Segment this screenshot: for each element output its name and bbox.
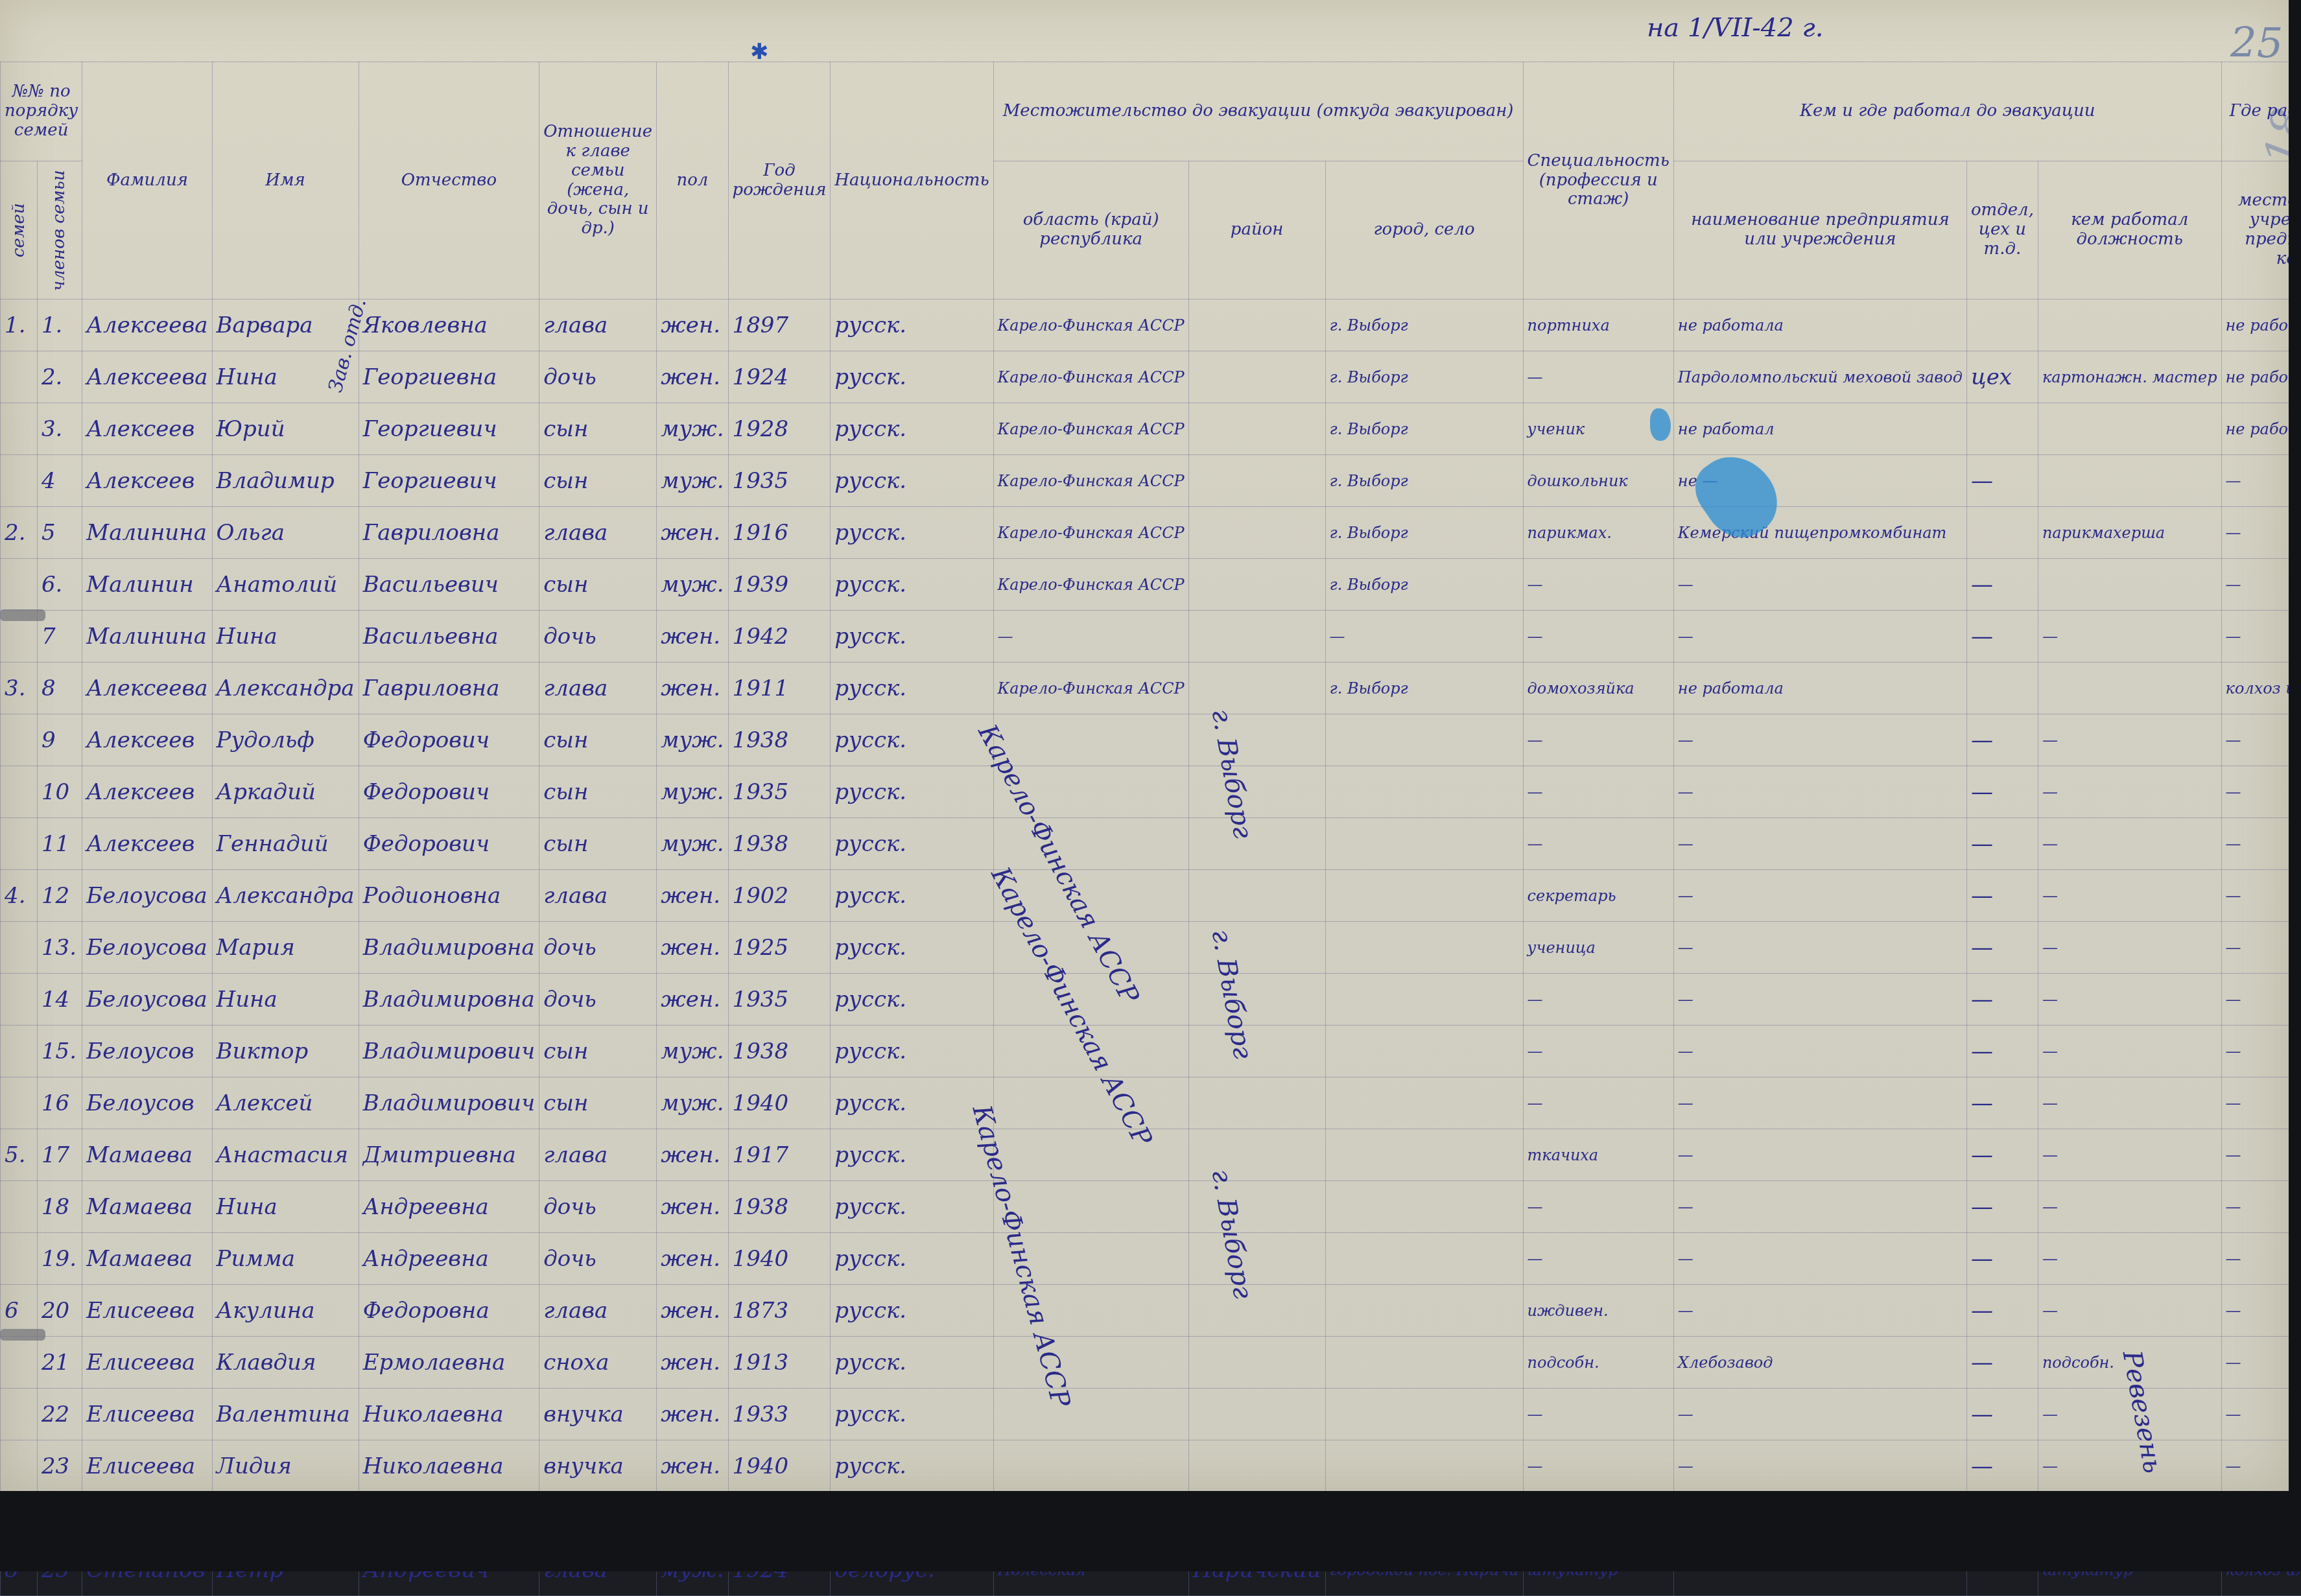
cell-surname: Малинина: [82, 507, 212, 559]
table-row: 19.МамаеваРиммаАндреевнадочьжен.1940русс…: [1, 1233, 2301, 1285]
cell-surname: Белоусова: [82, 974, 212, 1026]
cell-patronymic: Федоровна: [359, 1285, 539, 1337]
cell-relation: сын: [539, 559, 657, 611]
cell-family: 1.: [1, 299, 38, 351]
cell-pos: [2038, 559, 2221, 611]
cell-district: [1188, 299, 1325, 351]
cell-year: 1928: [728, 403, 831, 455]
table-row: 6.МалининАнатолийВасильевичсынмуж.1939ру…: [1, 559, 2301, 611]
cell-surname: Белоусова: [82, 922, 212, 974]
cell-no: 3.: [37, 403, 82, 455]
cell-city: [1325, 1077, 1523, 1129]
cell-pos: [2038, 299, 2221, 351]
cell-no: 15.: [37, 1026, 82, 1077]
table-row: 10АлексеевАркадийФедоровичсынмуж.1935рус…: [1, 766, 2301, 818]
cell-district: [1188, 663, 1325, 714]
cell-nat: русск.: [831, 818, 993, 870]
cell-no: 9: [37, 714, 82, 766]
cell-surname: Елисеева: [82, 1285, 212, 1337]
cell-relation: глава: [539, 663, 657, 714]
table-row: 4АлексеевВладимирГеоргиевичсынмуж.1935ру…: [1, 455, 2301, 507]
cell-city: —: [1325, 611, 1523, 663]
cell-surname: Алексеев: [82, 455, 212, 507]
ink-star-mark: ✱: [750, 39, 769, 65]
cell-org: —: [1673, 714, 1966, 766]
cell-district: [1188, 1440, 1325, 1492]
cell-pos: —: [2038, 1181, 2221, 1233]
cell-region: [993, 1440, 1188, 1492]
cell-family: [1, 818, 38, 870]
table-row: 2.5МалининаОльгаГавриловнаглаважен.1916р…: [1, 507, 2301, 559]
cell-dept: —: [1966, 1233, 2038, 1285]
cell-city: [1325, 818, 1523, 870]
cell-no: 5: [37, 507, 82, 559]
table-row: 3.8АлексееваАлександраГавриловнаглаважен…: [1, 663, 2301, 714]
cell-dept: —: [1966, 1285, 2038, 1337]
cell-district: [1188, 1077, 1325, 1129]
cell-name: Лидия: [212, 1440, 359, 1492]
cell-name: Римма: [212, 1233, 359, 1285]
cell-name: Клавдия: [212, 1337, 359, 1389]
cell-sex: жен.: [657, 299, 728, 351]
cell-name: Виктор: [212, 1026, 359, 1077]
cell-nat: русск.: [831, 870, 993, 922]
cell-no: 20: [37, 1285, 82, 1337]
cell-dept: —: [1966, 870, 2038, 922]
cell-no: 2.: [37, 351, 82, 403]
cell-dept: [1966, 507, 2038, 559]
cell-name: Аркадий: [212, 766, 359, 818]
cell-patronymic: Дмитриевна: [359, 1129, 539, 1181]
cell-nat: русск.: [831, 1233, 993, 1285]
cell-patronymic: Андреевна: [359, 1181, 539, 1233]
cell-pos: картонажн. мастер: [2038, 351, 2221, 403]
cell-sex: муж.: [657, 403, 728, 455]
cell-spec: —: [1523, 974, 1673, 1026]
cell-surname: Елисеева: [82, 1389, 212, 1440]
cell-nat: русск.: [831, 299, 993, 351]
cell-nat: русск.: [831, 507, 993, 559]
cell-relation: сын: [539, 1077, 657, 1129]
cell-city: [1325, 922, 1523, 974]
cell-family: [1, 1337, 38, 1389]
cell-region: [993, 1337, 1188, 1389]
cell-family: [1, 559, 38, 611]
cell-no: 13.: [37, 922, 82, 974]
cell-pos: —: [2038, 922, 2221, 974]
table-row: 23ЕлисееваЛидияНиколаевнавнучкажен.1940р…: [1, 1440, 2301, 1492]
cell-surname: Алексеев: [82, 766, 212, 818]
cell-spec: —: [1523, 1077, 1673, 1129]
cell-sex: муж.: [657, 559, 728, 611]
cell-surname: Елисеева: [82, 1440, 212, 1492]
cell-org: не работала: [1673, 299, 1966, 351]
cell-sex: жен.: [657, 1285, 728, 1337]
cell-family: [1, 403, 38, 455]
cell-name: Валентина: [212, 1389, 359, 1440]
cell-no: 12: [37, 870, 82, 922]
cell-patronymic: Федорович: [359, 714, 539, 766]
cell-surname: Алексеев: [82, 714, 212, 766]
cell-dept: —: [1966, 1440, 2038, 1492]
cell-relation: дочь: [539, 1233, 657, 1285]
cell-spec: домохозяйка: [1523, 663, 1673, 714]
cell-family: [1, 1181, 38, 1233]
cell-org: Хлебозавод: [1673, 1337, 1966, 1389]
header-specialty: Специальность (профессия и стаж): [1523, 62, 1673, 299]
cell-year: 1940: [728, 1233, 831, 1285]
cell-patronymic: Георгиевич: [359, 403, 539, 455]
cell-pos: —: [2038, 1285, 2221, 1337]
cell-year: 1939: [728, 559, 831, 611]
cell-year: 1942: [728, 611, 831, 663]
cell-nat: русск.: [831, 1389, 993, 1440]
cell-nat: русск.: [831, 1181, 993, 1233]
cell-spec: —: [1523, 351, 1673, 403]
cell-name: Геннадий: [212, 818, 359, 870]
cell-family: [1, 766, 38, 818]
cell-region: Карело-Финская АССР: [993, 455, 1188, 507]
cell-year: 1873: [728, 1285, 831, 1337]
cell-name: Алексей: [212, 1077, 359, 1129]
cell-relation: сын: [539, 714, 657, 766]
cell-sex: муж.: [657, 1077, 728, 1129]
cell-year: 1940: [728, 1077, 831, 1129]
cell-no: 19.: [37, 1233, 82, 1285]
cell-sex: муж.: [657, 1026, 728, 1077]
cell-district: [1188, 559, 1325, 611]
cell-relation: сын: [539, 403, 657, 455]
cell-surname: Мамаева: [82, 1129, 212, 1181]
cell-city: [1325, 1026, 1523, 1077]
cell-pos: —: [2038, 1440, 2221, 1492]
cell-nat: русск.: [831, 1285, 993, 1337]
cell-name: Нина: [212, 1181, 359, 1233]
cell-surname: Белоусов: [82, 1077, 212, 1129]
cell-patronymic: Владимировна: [359, 922, 539, 974]
cell-org: —: [1673, 818, 1966, 870]
cell-dept: —: [1966, 1129, 2038, 1181]
cell-surname: Алексеева: [82, 351, 212, 403]
cell-nat: русск.: [831, 1129, 993, 1181]
cell-patronymic: Георгиевна: [359, 351, 539, 403]
cell-family: [1, 1233, 38, 1285]
cell-pos: —: [2038, 1233, 2221, 1285]
cell-relation: сноха: [539, 1337, 657, 1389]
cell-relation: глава: [539, 299, 657, 351]
cell-spec: —: [1523, 611, 1673, 663]
cell-spec: секретарь: [1523, 870, 1673, 922]
header-city: город, село: [1325, 161, 1523, 299]
cell-region: Карело-Финская АССР: [993, 299, 1188, 351]
cell-district: [1188, 870, 1325, 922]
cell-org: —: [1673, 974, 1966, 1026]
cell-pos: парикмахерша: [2038, 507, 2221, 559]
cell-name: Нина: [212, 974, 359, 1026]
header-nationality: Национальность: [831, 62, 993, 299]
cell-sex: жен.: [657, 974, 728, 1026]
header-sex: пол: [657, 62, 728, 299]
cell-city: г. Выборг: [1325, 663, 1523, 714]
cell-spec: подсобн.: [1523, 1337, 1673, 1389]
cell-patronymic: Владимирович: [359, 1026, 539, 1077]
cell-nat: русск.: [831, 351, 993, 403]
cell-patronymic: Родионовна: [359, 870, 539, 922]
cell-relation: сын: [539, 455, 657, 507]
table-row: 9АлексеевРудольфФедоровичсынмуж.1938русс…: [1, 714, 2301, 766]
cell-district: [1188, 611, 1325, 663]
background-edge: [2289, 0, 2301, 1571]
cell-dept: [1966, 299, 2038, 351]
cell-no: 14: [37, 974, 82, 1026]
cell-relation: дочь: [539, 351, 657, 403]
ink-blot: [1650, 408, 1671, 441]
cell-nat: русск.: [831, 663, 993, 714]
cell-spec: —: [1523, 766, 1673, 818]
cell-no: 10: [37, 766, 82, 818]
cell-nat: русск.: [831, 714, 993, 766]
cell-patronymic: Яковлевна: [359, 299, 539, 351]
cell-spec: ученица: [1523, 922, 1673, 974]
cell-sex: жен.: [657, 1440, 728, 1492]
cell-city: г. Выборг: [1325, 507, 1523, 559]
cell-city: [1325, 870, 1523, 922]
cell-year: 1935: [728, 455, 831, 507]
cell-relation: сын: [539, 1026, 657, 1077]
cell-year: 1924: [728, 351, 831, 403]
cell-family: [1, 1440, 38, 1492]
header-region: область (край) республика: [993, 161, 1188, 299]
cell-region: [993, 1389, 1188, 1440]
cell-region: Карело-Финская АССР: [993, 403, 1188, 455]
cell-spec: дошкольник: [1523, 455, 1673, 507]
cell-sex: жен.: [657, 1181, 728, 1233]
cell-pos: —: [2038, 766, 2221, 818]
cell-city: г. Выборг: [1325, 351, 1523, 403]
cell-family: [1, 974, 38, 1026]
cell-surname: Малинина: [82, 611, 212, 663]
table-row: 4.12БелоусоваАлександраРодионовнаглаваже…: [1, 870, 2301, 922]
cell-family: [1, 611, 38, 663]
cell-relation: дочь: [539, 974, 657, 1026]
cell-sex: жен.: [657, 611, 728, 663]
cell-nat: русск.: [831, 1440, 993, 1492]
cell-nat: русск.: [831, 403, 993, 455]
cell-sex: жен.: [657, 663, 728, 714]
cell-spec: иждивен.: [1523, 1285, 1673, 1337]
cell-surname: Алексеева: [82, 299, 212, 351]
cell-nat: русск.: [831, 559, 993, 611]
cell-pos: —: [2038, 1129, 2221, 1181]
cell-name: Анастасия: [212, 1129, 359, 1181]
cell-patronymic: Владимировна: [359, 974, 539, 1026]
table-row: 7МалининаНинаВасильевнадочьжен.1942русск…: [1, 611, 2301, 663]
cell-region: Карело-Финская АССР: [993, 507, 1188, 559]
cell-dept: [1966, 663, 2038, 714]
cell-name: Нина: [212, 611, 359, 663]
cell-sex: жен.: [657, 351, 728, 403]
cell-name: Рудольф: [212, 714, 359, 766]
cell-region: Карело-Финская АССР: [993, 351, 1188, 403]
cell-year: 1911: [728, 663, 831, 714]
cell-no: 8: [37, 663, 82, 714]
cell-city: г. Выборг: [1325, 403, 1523, 455]
table-row: 620ЕлисееваАкулинаФедоровнаглаважен.1873…: [1, 1285, 2301, 1337]
table-row: 16БелоусовАлексейВладимировичсынмуж.1940…: [1, 1077, 2301, 1129]
cell-dept: —: [1966, 714, 2038, 766]
cell-pos: —: [2038, 1026, 2221, 1077]
cell-spec: —: [1523, 1389, 1673, 1440]
cell-city: [1325, 974, 1523, 1026]
cell-family: [1, 1389, 38, 1440]
cell-region: [993, 1129, 1188, 1181]
cell-name: Анатолий: [212, 559, 359, 611]
cell-year: 1938: [728, 714, 831, 766]
cell-no: 4: [37, 455, 82, 507]
cell-dept: [1966, 403, 2038, 455]
cell-city: [1325, 1337, 1523, 1389]
cell-year: 1913: [728, 1337, 831, 1389]
cell-surname: Мамаева: [82, 1181, 212, 1233]
cell-dept: —: [1966, 922, 2038, 974]
header-residence-group: Местожительство до эвакуации (откуда эва…: [993, 62, 1523, 161]
header-prev-work-group: Кем и где работал до эвакуации: [1673, 62, 2221, 161]
cell-spec: —: [1523, 714, 1673, 766]
cell-dept: —: [1966, 611, 2038, 663]
cell-family: [1, 351, 38, 403]
cell-surname: Малинин: [82, 559, 212, 611]
cell-relation: глава: [539, 1285, 657, 1337]
cell-org: не работал: [1673, 403, 1966, 455]
cell-org: не работала: [1673, 663, 1966, 714]
cell-district: [1188, 351, 1325, 403]
cell-city: [1325, 1129, 1523, 1181]
cell-no: 16: [37, 1077, 82, 1129]
cell-name: Ольга: [212, 507, 359, 559]
cell-patronymic: Федорович: [359, 766, 539, 818]
cell-dept: цех: [1966, 351, 2038, 403]
cell-spec: —: [1523, 818, 1673, 870]
cell-patronymic: Васильевич: [359, 559, 539, 611]
cell-year: 1925: [728, 922, 831, 974]
cell-patronymic: Федорович: [359, 818, 539, 870]
table-row: 11АлексеевГеннадийФедоровичсынмуж.1938ру…: [1, 818, 2301, 870]
page-number-top: 25: [2230, 19, 2283, 67]
cell-district: [1188, 974, 1325, 1026]
cell-spec: портниха: [1523, 299, 1673, 351]
cell-pos: —: [2038, 974, 2221, 1026]
cell-district: [1188, 507, 1325, 559]
cell-relation: глава: [539, 507, 657, 559]
cell-org: —: [1673, 1129, 1966, 1181]
cell-sex: жен.: [657, 1337, 728, 1389]
cell-spec: —: [1523, 1233, 1673, 1285]
header-relation: Отношение к главе семьи (жена, дочь, сын…: [539, 62, 657, 299]
cell-dept: —: [1966, 1077, 2038, 1129]
cell-city: [1325, 1233, 1523, 1285]
cell-surname: Алексеев: [82, 403, 212, 455]
cell-org: Пардоломпольский меховой завод: [1673, 351, 1966, 403]
cell-sex: жен.: [657, 870, 728, 922]
cell-name: Александра: [212, 870, 359, 922]
cell-dept: —: [1966, 766, 2038, 818]
cell-family: [1, 714, 38, 766]
cell-spec: —: [1523, 559, 1673, 611]
cell-district: [1188, 818, 1325, 870]
cell-relation: сын: [539, 766, 657, 818]
cell-org: —: [1673, 870, 1966, 922]
cell-org: —: [1673, 1233, 1966, 1285]
cell-no: 17: [37, 1129, 82, 1181]
cell-spec: —: [1523, 1181, 1673, 1233]
cell-city: [1325, 714, 1523, 766]
cell-pos: [2038, 403, 2221, 455]
cell-patronymic: Николаевна: [359, 1389, 539, 1440]
cell-no: 6.: [37, 559, 82, 611]
cell-family: 2.: [1, 507, 38, 559]
cell-city: [1325, 1440, 1523, 1492]
cell-family: [1, 455, 38, 507]
cell-patronymic: Ермолаевна: [359, 1337, 539, 1389]
cell-pos: —: [2038, 1077, 2221, 1129]
cell-city: [1325, 1389, 1523, 1440]
cell-pos: —: [2038, 714, 2221, 766]
cell-dept: —: [1966, 559, 2038, 611]
header-name: Имя: [212, 62, 359, 299]
cell-org: —: [1673, 922, 1966, 974]
cell-org: —: [1673, 766, 1966, 818]
cell-patronymic: Васильевна: [359, 611, 539, 663]
cell-region: Карело-Финская АССР: [993, 559, 1188, 611]
cell-patronymic: Георгиевич: [359, 455, 539, 507]
cell-district: [1188, 455, 1325, 507]
cell-patronymic: Владимирович: [359, 1077, 539, 1129]
cell-family: 4.: [1, 870, 38, 922]
header-org: наименование предприятия или учреждения: [1673, 161, 1966, 299]
cell-org: —: [1673, 611, 1966, 663]
cell-pos: [2038, 663, 2221, 714]
cell-dept: —: [1966, 455, 2038, 507]
cell-city: г. Выборг: [1325, 299, 1523, 351]
cell-year: 1938: [728, 1181, 831, 1233]
cell-nat: русск.: [831, 922, 993, 974]
cell-nat: русск.: [831, 611, 993, 663]
cell-sex: жен.: [657, 1129, 728, 1181]
cell-pos: —: [2038, 818, 2221, 870]
cell-spec: ткачиха: [1523, 1129, 1673, 1181]
cell-dept: —: [1966, 1026, 2038, 1077]
cell-surname: Елисеева: [82, 1337, 212, 1389]
cell-spec: —: [1523, 1440, 1673, 1492]
cell-relation: сын: [539, 818, 657, 870]
cell-no: 21: [37, 1337, 82, 1389]
cell-org: —: [1673, 1181, 1966, 1233]
cell-sex: жен.: [657, 1233, 728, 1285]
cell-surname: Белоусов: [82, 1026, 212, 1077]
cell-spec: —: [1523, 1026, 1673, 1077]
table-row: 18МамаеваНинаАндреевнадочьжен.1938русск.…: [1, 1181, 2301, 1233]
header-patronymic: Отчество: [359, 62, 539, 299]
cell-relation: внучка: [539, 1389, 657, 1440]
table-row: 15.БелоусовВикторВладимировичсынмуж.1938…: [1, 1026, 2301, 1077]
cell-relation: глава: [539, 1129, 657, 1181]
cell-year: 1940: [728, 1440, 831, 1492]
cell-year: 1916: [728, 507, 831, 559]
cell-name: Владимир: [212, 455, 359, 507]
cell-patronymic: Гавриловна: [359, 507, 539, 559]
cell-no: 11: [37, 818, 82, 870]
cell-family: 3.: [1, 663, 38, 714]
